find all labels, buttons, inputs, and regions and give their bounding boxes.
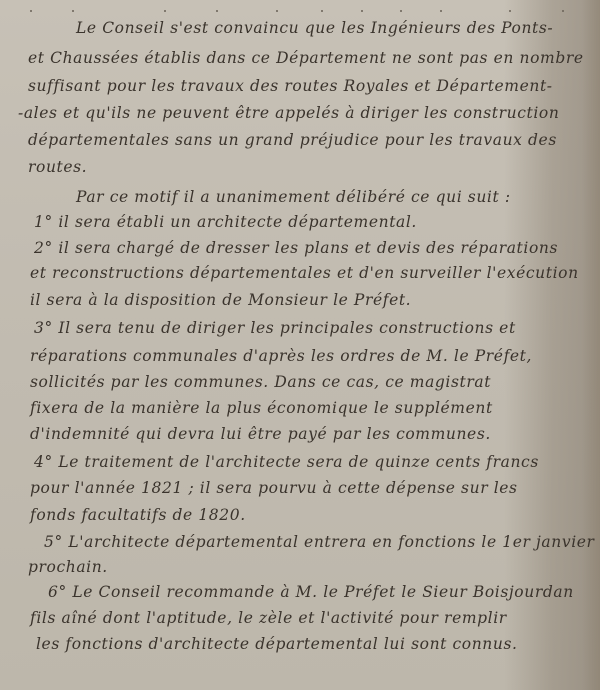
margin-dot xyxy=(276,10,278,12)
text-line: il sera à la disposition de Monsieur le … xyxy=(30,290,411,310)
text-line: départementales sans un grand préjudice … xyxy=(28,130,557,150)
text-line: réparations communales d'après les ordre… xyxy=(30,346,532,366)
article-text: Le Conseil recommande à M. le Préfet le … xyxy=(72,583,573,601)
article-text: il sera établi un architecte département… xyxy=(58,213,417,231)
article-text: il sera chargé de dresser les plans et d… xyxy=(58,239,558,257)
text-line: fixera de la manière la plus économique … xyxy=(30,398,493,418)
article-4: 4° Le traitement de l'architecte sera de… xyxy=(34,452,539,472)
text-line: suffisant pour les travaux des routes Ro… xyxy=(28,76,553,96)
article-number: 5° xyxy=(44,533,63,551)
margin-dot xyxy=(509,10,511,12)
ruled-margin-dots xyxy=(0,10,600,16)
article-3: 3° Il sera tenu de diriger les principal… xyxy=(34,318,516,338)
margin-dot xyxy=(30,10,32,12)
article-number: 4° xyxy=(34,453,53,471)
article-text: Le traitement de l'architecte sera de qu… xyxy=(58,453,539,471)
text-line: sollicités par les communes. Dans ce cas… xyxy=(30,372,491,392)
article-number: 6° xyxy=(48,583,67,601)
article-number: 3° xyxy=(34,319,53,337)
article-6: 6° Le Conseil recommande à M. le Préfet … xyxy=(48,582,574,602)
article-text: L'architecte départemental entrera en fo… xyxy=(68,533,594,551)
article-number: 1° xyxy=(34,213,53,231)
page-edge-shadow xyxy=(582,0,600,690)
margin-dot xyxy=(321,10,323,12)
text-line: d'indemnité qui devra lui être payé par … xyxy=(30,424,491,444)
text-line: -ales et qu'ils ne peuvent être appelés … xyxy=(18,103,559,123)
text-line: prochain. xyxy=(28,557,108,577)
margin-dot xyxy=(440,10,442,12)
text-line: et reconstructions départementales et d'… xyxy=(30,263,579,283)
text-line: et Chaussées établis dans ce Département… xyxy=(28,48,584,68)
margin-dot xyxy=(562,10,564,12)
text-line: Le Conseil s'est convaincu que les Ingén… xyxy=(76,18,553,38)
text-line: fils aîné dont l'aptitude, le zèle et l'… xyxy=(30,608,507,628)
article-number: 2° xyxy=(34,239,53,257)
text-line: pour l'année 1821 ; il sera pourvu à cet… xyxy=(30,478,518,498)
margin-dot xyxy=(72,10,74,12)
margin-dot xyxy=(164,10,166,12)
article-1: 1° il sera établi un architecte départem… xyxy=(34,212,417,232)
text-line: les fonctions d'architecte départemental… xyxy=(36,634,518,654)
manuscript-page: Le Conseil s'est convaincu que les Ingén… xyxy=(0,0,600,690)
text-line: routes. xyxy=(28,157,87,177)
margin-dot xyxy=(216,10,218,12)
margin-dot xyxy=(400,10,402,12)
article-5: 5° L'architecte départemental entrera en… xyxy=(44,532,595,552)
text-line: Par ce motif il a unanimement délibéré c… xyxy=(76,187,511,207)
article-2: 2° il sera chargé de dresser les plans e… xyxy=(34,238,558,258)
margin-dot xyxy=(361,10,363,12)
article-text: Il sera tenu de diriger les principales … xyxy=(58,319,515,337)
text-line: fonds facultatifs de 1820. xyxy=(30,505,246,525)
